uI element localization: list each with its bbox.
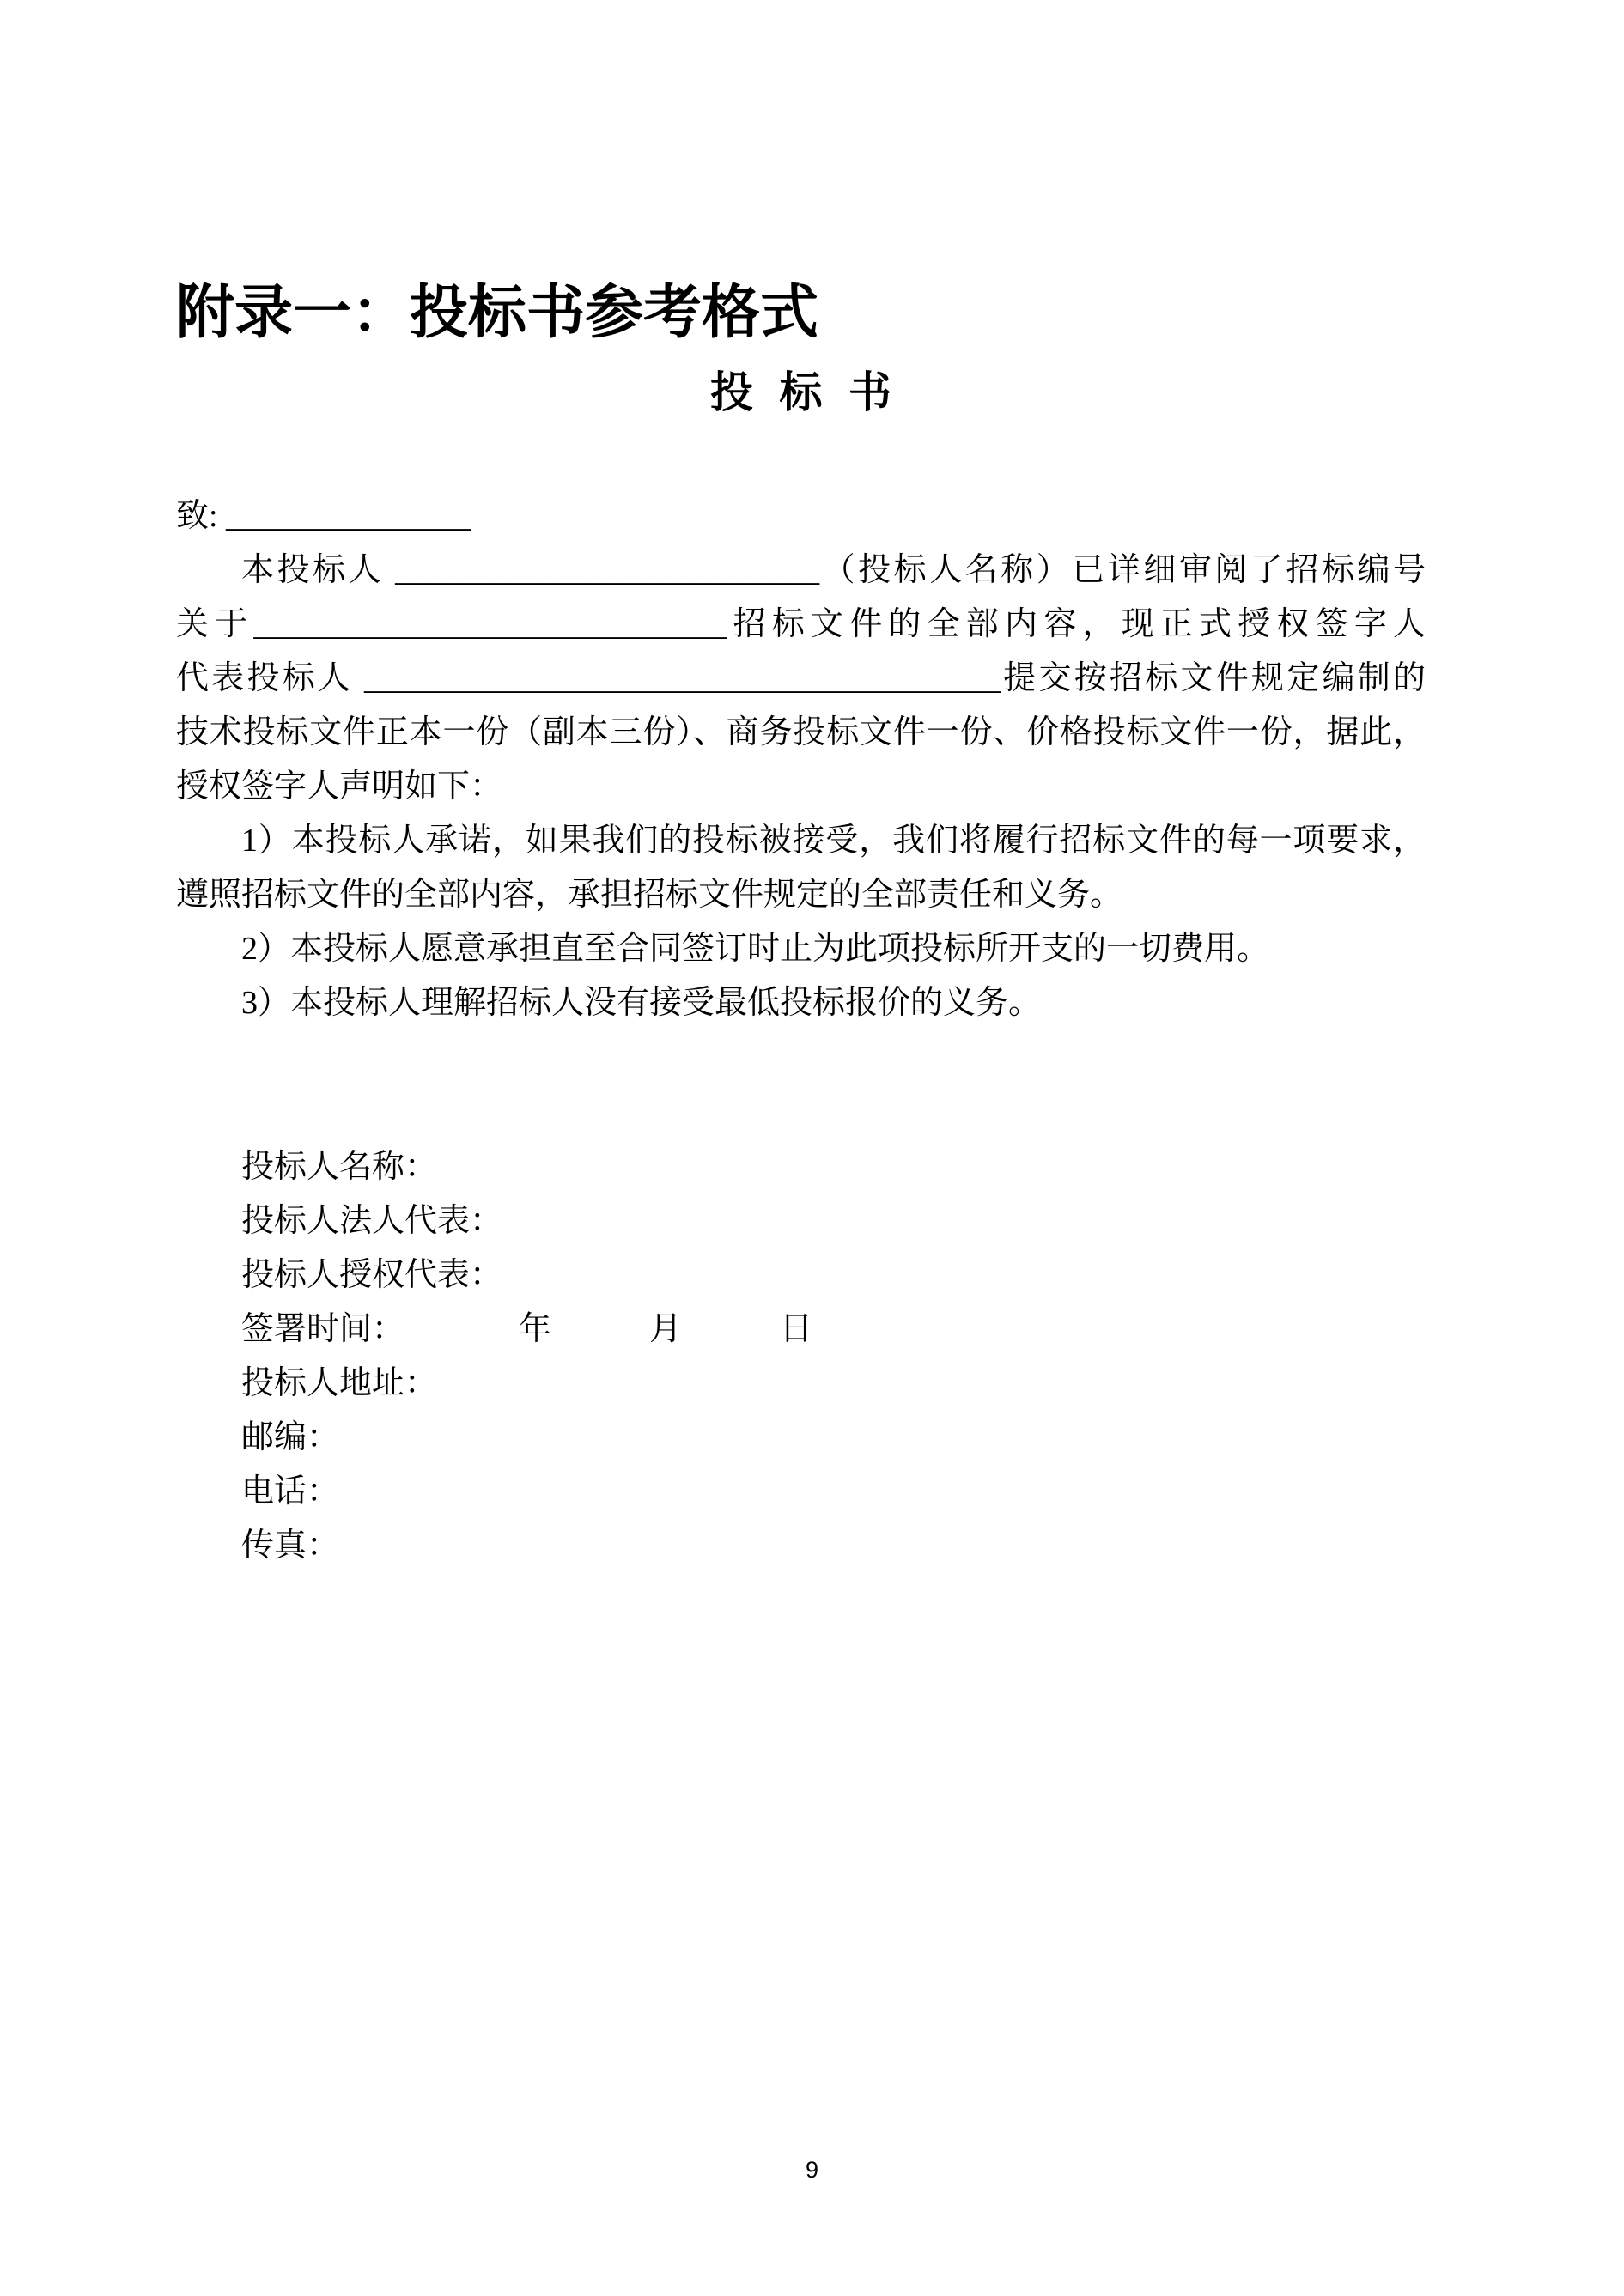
- field-telephone: 电话：: [176, 1465, 1426, 1519]
- document-content: 附录一：投标书参考格式 投 标 书 致: _______________ 本投标…: [176, 0, 1426, 1573]
- field-legal-representative: 投标人法人代表：: [176, 1194, 1426, 1248]
- blank-gap: [176, 1030, 1426, 1140]
- declaration-item-2: 2）本投标人愿意承担直至合同签订时止为此项投标所开支的一切费用。: [176, 922, 1426, 976]
- field-bidder-address: 投标人地址：: [176, 1357, 1426, 1411]
- document-title: 投 标 书: [176, 371, 1426, 414]
- body-line-5: 授权签字人声明如下：: [176, 760, 1426, 814]
- body-line-4: 技术投标文件正本一份（副本三份）、商务投标文件一份、价格投标文件一份，据此，: [176, 706, 1426, 760]
- page-number: 9: [0, 2157, 1624, 2184]
- body-line-2: 关于_____________________________招标文件的全部内容…: [176, 598, 1426, 652]
- document-body: 致: _______________ 本投标人 ________________…: [176, 489, 1426, 1573]
- declaration-item-1-line-2: 遵照招标文件的全部内容，承担招标文件规定的全部责任和义务。: [176, 868, 1426, 922]
- field-sign-date: 签署时间： 年 月 日: [176, 1303, 1426, 1357]
- field-bidder-name: 投标人名称：: [176, 1140, 1426, 1194]
- field-fax: 传真：: [176, 1519, 1426, 1573]
- field-authorized-representative: 投标人授权代表：: [176, 1248, 1426, 1303]
- body-line-1: 本投标人 __________________________（投标人名称）已详…: [176, 544, 1426, 598]
- declaration-item-3: 3）本投标人理解招标人没有接受最低投标报价的义务。: [176, 976, 1426, 1030]
- body-line-3: 代表投标人 __________________________________…: [176, 652, 1426, 706]
- salutation-line: 致: _______________: [176, 489, 1426, 544]
- declaration-item-1-line-1: 1）本投标人承诺，如果我们的投标被接受，我们将履行招标文件的每一项要求，: [176, 814, 1426, 868]
- appendix-title: 附录一：投标书参考格式: [176, 283, 1426, 342]
- document-page: 附录一：投标书参考格式 投 标 书 致: _______________ 本投标…: [0, 0, 1624, 2296]
- field-postal-code: 邮编：: [176, 1411, 1426, 1465]
